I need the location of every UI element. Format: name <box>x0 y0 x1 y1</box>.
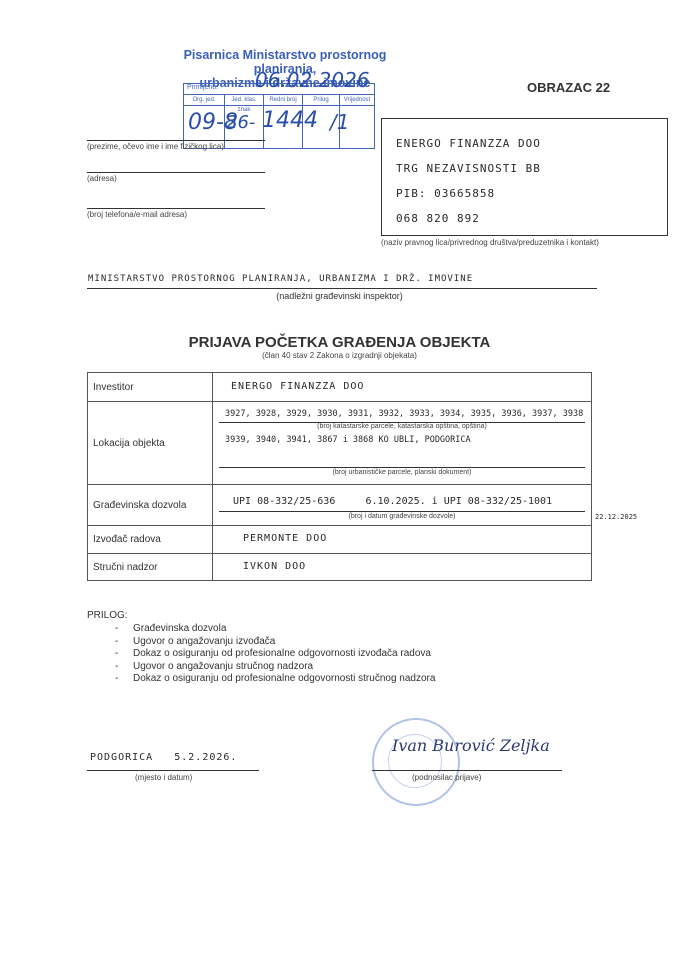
investor-label: Investitor <box>88 373 213 401</box>
attachments-heading: PRILOG: <box>87 610 435 621</box>
legal-entity-caption: (naziv pravnog lica/privrednog društva/p… <box>381 238 599 247</box>
stamp-serial: 1444 <box>262 108 318 133</box>
inspector-value: MINISTARSTVO PROSTORNOG PLANIRANJA, URBA… <box>88 274 473 284</box>
address-caption: (adresa) <box>87 174 117 183</box>
contact-line <box>87 208 265 209</box>
attachments-list: Građevinska dozvola Ugovor o angažovanju… <box>115 623 435 686</box>
permit-caption: (broj i datum građevinske dozvole) <box>213 513 591 520</box>
list-item: Građevinska dozvola <box>115 623 435 636</box>
location-caption-2: (broj urbanističke parcele, planski doku… <box>213 469 591 476</box>
investor-value: ENERGO FINANZZA DOO <box>231 381 364 392</box>
stamp-class-code: 26- <box>226 112 255 133</box>
place-date-value: PODGORICA 5.2.2026. <box>90 752 237 763</box>
place-date-line <box>87 770 259 771</box>
place-date-caption: (mjesto i datum) <box>135 773 192 782</box>
permit-extra-date: 22.12.2025 <box>595 513 637 521</box>
attachments-section: PRILOG: Građevinska dozvola Ugovor o ang… <box>87 610 435 686</box>
table-row-contractor: Izvođač radova PERMONTE DOO <box>87 526 592 554</box>
contractor-label: Izvođač radova <box>88 526 213 553</box>
location-label: Lokacija objekta <box>88 402 213 484</box>
supervision-value: IVKON DOO <box>243 561 306 572</box>
list-item: Ugovor o angažovanju stručnog nadzora <box>115 661 435 674</box>
table-row-location: Lokacija objekta 3927, 3928, 3929, 3930,… <box>87 402 592 485</box>
table-row-permit: Građevinska dozvola UPI 08-332/25-636 6.… <box>87 485 592 526</box>
signature-caption: (podnosilac prijave) <box>412 773 481 782</box>
location-line-2 <box>219 467 585 468</box>
stamp-received-date: 06.02.2026 <box>255 68 370 92</box>
stamp-col-org: Org. jed. <box>184 95 225 105</box>
application-table: Investitor ENERGO FINANZZA DOO Lokacija … <box>87 372 592 581</box>
entity-pib: PIB: 03665858 <box>396 187 495 200</box>
name-caption: (prezime, očevo ime i ime fizičkog lica) <box>87 142 224 151</box>
address-line <box>87 172 265 173</box>
legal-entity-box: ENERGO FINANZZA DOO TRG NEZAVISNOSTI BB … <box>381 118 668 236</box>
contractor-value: PERMONTE DOO <box>243 533 327 544</box>
inspector-line <box>87 288 597 289</box>
permit-label: Građevinska dozvola <box>88 485 213 525</box>
permit-value: UPI 08-332/25-636 6.10.2025. i UPI 08-33… <box>233 496 552 507</box>
location-cadastral-value: 3927, 3928, 3929, 3930, 3931, 3932, 3933… <box>225 409 583 419</box>
page-title: PRIJAVA POČETKA GRAĐENJA OBJEKTA <box>0 334 679 351</box>
stamp-col-class: Jed. klas. znak <box>225 95 264 105</box>
permit-line <box>219 511 585 512</box>
name-line <box>87 140 265 141</box>
list-item: Dokaz o osiguranju od profesionalne odgo… <box>115 673 435 686</box>
list-item: Dokaz o osiguranju od profesionalne odgo… <box>115 648 435 661</box>
page-subtitle: (član 40 stav 2 Zakona o izgradnji objek… <box>0 351 679 360</box>
table-row-investor: Investitor ENERGO FINANZZA DOO <box>87 373 592 402</box>
location-urban-value: 3939, 3940, 3941, 3867 i 3868 KO UBLI, P… <box>225 435 471 445</box>
contact-caption: (broj telefona/e-mail adresa) <box>87 210 187 219</box>
signature-line <box>372 770 562 771</box>
stamp-attachment: /1 <box>330 110 349 134</box>
table-row-supervision: Stručni nadzor IVKON DOO <box>87 554 592 581</box>
location-caption-1: (broj katastarske parcele, katastarska o… <box>213 423 591 430</box>
company-round-stamp <box>372 718 460 806</box>
stamp-col-serial: Redni broj <box>264 95 303 105</box>
supervision-label: Stručni nadzor <box>88 554 213 580</box>
stamp-col-value: Vrijednost <box>340 95 374 105</box>
list-item: Ugovor o angažovanju izvođača <box>115 636 435 649</box>
form-code: OBRAZAC 22 <box>527 80 610 95</box>
entity-phone: 068 820 892 <box>396 212 480 225</box>
inspector-caption: (nadležni građevinski inspektor) <box>0 291 679 301</box>
signature: Ivan Burović Zeljka <box>392 736 550 755</box>
entity-address: TRG NEZAVISNOSTI BB <box>396 162 541 175</box>
entity-name: ENERGO FINANZZA DOO <box>396 137 541 150</box>
stamp-col-attachment: Prilog <box>303 95 340 105</box>
